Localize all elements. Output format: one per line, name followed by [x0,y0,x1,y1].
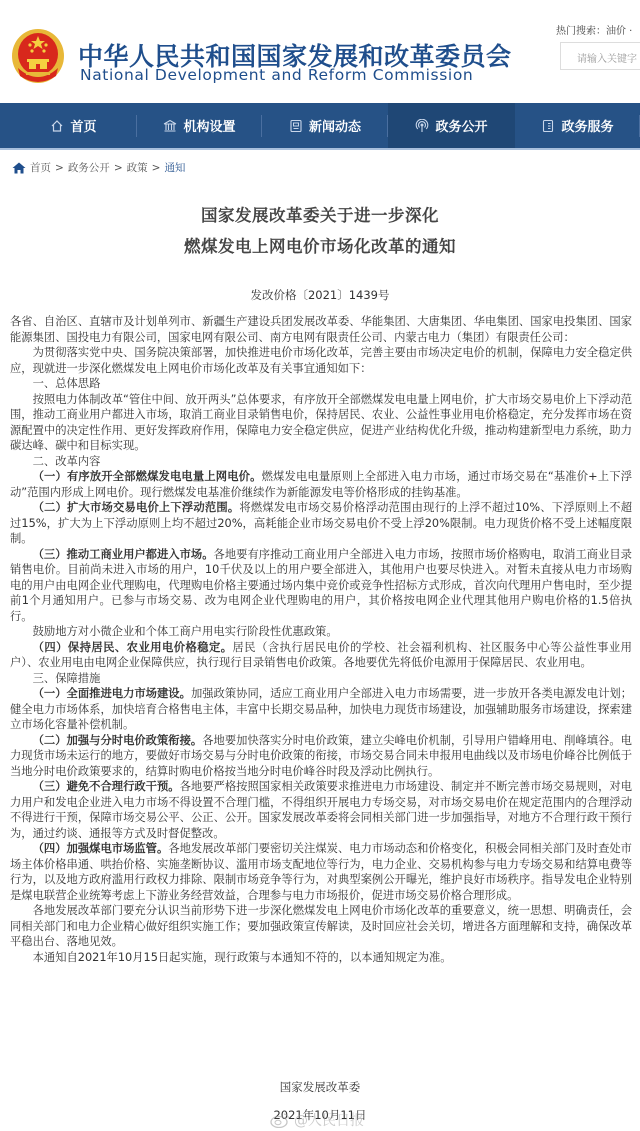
paragraph: 鼓励地方对小微企业和个体工商户用电实行阶段性优惠政策。 [10,624,632,640]
section-heading: 二、改革内容 [10,454,632,470]
watermark: @人民日报 [270,1110,364,1130]
breadcrumb: 首页 > 政务公开 > 政策 > 通知 [12,160,185,175]
section-heading: 三、保障措施 [10,671,632,687]
paragraph-lead: （二）加强与分时电价政策衔接。 [33,734,203,747]
main-nav: 首页 机构设置 新闻动态 政务公开 政务服务 [0,103,640,148]
paragraph: 按照电力体制改革“管住中间、放开两头”总体要求，有序放开全部燃煤发电电量上网电价… [10,392,632,454]
closing-paragraph: 各地发展改革部门要充分认识当前形势下进一步深化燃煤发电上网电价市场化改革的重要意… [10,903,632,950]
nav-label: 首页 [70,116,96,135]
weibo-icon [270,1112,290,1128]
site-title-en[interactable]: National Development and Reform Commissi… [80,66,473,84]
paragraph: （一）有序放开全部燃煤发电电量上网电价。燃煤发电电量原则上全部进入电力市场，通过… [10,469,632,500]
site-header: 中华人民共和国国家发展和改革委员会 National Development a… [0,0,640,100]
breadcrumb-policy[interactable]: 政策 [127,160,148,175]
nav-item-home[interactable]: 首页 [0,103,137,148]
breadcrumb-separator: > [152,162,161,174]
document-body: 各省、自治区、直辖市及计划单列市、新疆生产建设兵团发展改革委、华能集团、大唐集团… [10,314,632,965]
paragraph: （三）避免不合理行政干预。各地要严格按照国家相关政策要求推进电力市场建设、制定并… [10,779,632,841]
paragraph: （二）加强与分时电价政策衔接。各地要加快落实分时电价政策，建立尖峰电价机制，引导… [10,733,632,780]
paragraph: （四）保持居民、农业用电价格稳定。居民（含执行居民电价的学校、社会福利机构、社区… [10,640,632,671]
hot-search-label[interactable]: 热门搜索：油价 · [556,22,632,37]
paragraph: （一）全面推进电力市场建设。加强政策协同，适应工商业用户全部进入电力市场需要，进… [10,686,632,733]
document-title-line1: 国家发展改革委关于进一步深化 [0,202,640,226]
document-title-line2: 燃煤发电上网电价市场化改革的通知 [0,233,640,257]
news-icon [289,119,303,133]
nav-label: 新闻动态 [309,116,361,135]
paragraph-lead: （四）加强煤电市场监管。 [33,842,169,855]
nav-item-gov-services[interactable]: 政务服务 [515,103,640,148]
breadcrumb-gov-affairs[interactable]: 政务公开 [68,160,110,175]
nav-underline [0,148,640,150]
nav-item-gov-affairs-open[interactable]: 政务公开 [388,103,515,148]
paragraph-lead: （四）保持居民、农业用电价格稳定。 [33,641,233,654]
nav-item-organization[interactable]: 机构设置 [137,103,262,148]
broadcast-icon [415,119,429,133]
watermark-text: @人民日报 [294,1110,364,1130]
building-icon [163,119,177,133]
national-emblem-icon[interactable] [10,28,66,86]
paragraph-lead: （一）有序放开全部燃煤发电电量上网电价。 [33,470,262,483]
paragraph: （二）扩大市场交易电价上下浮动范围。将燃煤发电市场交易价格浮动范围由现行的上浮不… [10,500,632,547]
breadcrumb-notice[interactable]: 通知 [164,160,185,175]
paragraph: （三）推动工商业用户都进入市场。各地要有序推动工商业用户全部进入电力市场，按照市… [10,547,632,625]
effective-date-paragraph: 本通知自2021年10月15日起实施，现行政策与本通知不符的，以本通知规定为准。 [10,950,632,966]
breadcrumb-separator: > [114,162,123,174]
intro-paragraph: 为贯彻落实党中央、国务院决策部署，加快推进电价市场化改革，完善主要由市场决定电价… [10,345,632,376]
paragraph: （四）加强煤电市场监管。各地发展改革部门要密切关注煤炭、电力市场动态和价格变化，… [10,841,632,903]
document-number: 发改价格〔2021〕1439号 [0,287,640,303]
nav-label: 机构设置 [183,116,235,135]
home-icon [50,119,64,133]
breadcrumb-home[interactable]: 首页 [30,160,51,175]
nav-label: 政务公开 [435,116,487,135]
breadcrumb-separator: > [55,162,64,174]
paragraph-lead: （二）扩大市场交易电价上下浮动范围。 [33,501,240,514]
nav-label: 政务服务 [561,116,613,135]
signer: 国家发展改革委 [0,1079,640,1095]
paragraph-lead: （一）全面推进电力市场建设。 [33,687,191,700]
document-icon [541,119,555,133]
addressees: 各省、自治区、直辖市及计划单列市、新疆生产建设兵团发展改革委、华能集团、大唐集团… [10,314,632,345]
paragraph-lead: （三）避免不合理行政干预。 [33,780,180,793]
home-icon[interactable] [12,162,26,174]
paragraph-lead: （三）推动工商业用户都进入市场。 [33,548,214,561]
nav-item-news[interactable]: 新闻动态 [262,103,388,148]
search-input[interactable]: 请输入关键字 [560,42,640,70]
section-heading: 一、总体思路 [10,376,632,392]
